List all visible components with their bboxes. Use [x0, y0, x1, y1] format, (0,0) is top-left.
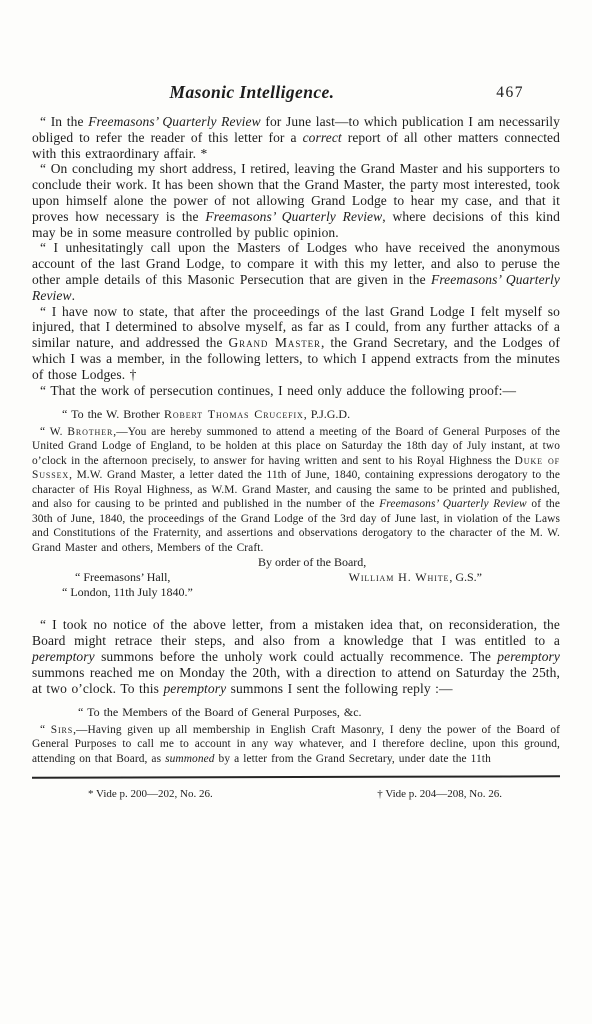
- summons-letter-body: “ W. Brother,—You are hereby summoned to…: [32, 425, 560, 556]
- by-order-line: By order of the Board,: [32, 555, 560, 570]
- page-header: Masonic Intelligence. 467: [32, 82, 560, 106]
- para-have-now-to-state: “ I have now to state, that after the pr…: [32, 304, 560, 383]
- reply-letter-heading: “ To the Members of the Board of General…: [32, 705, 560, 720]
- para-call-upon-masters: “ I unhesitatingly call upon the Masters…: [32, 240, 560, 303]
- para-work-of-persecution: “ That the work of persecution continues…: [32, 383, 560, 399]
- signature-row: “ Freemasons’ Hall, William H. White, G.…: [32, 570, 560, 585]
- footnote-divider: [32, 776, 560, 779]
- para-intro: “ In the Freemasons’ Quarterly Review fo…: [32, 114, 560, 161]
- para-no-notice: “ I took no notice of the above letter, …: [32, 617, 560, 696]
- signature-name: William H. White, G.S.”: [349, 570, 482, 585]
- page-number: 467: [496, 84, 524, 102]
- para-concluding-address: “ On concluding my short address, I reti…: [32, 161, 560, 240]
- document-page: Masonic Intelligence. 467 “ In the Freem…: [0, 0, 592, 1024]
- footnote-dagger: † Vide p. 204—208, No. 26.: [377, 787, 502, 801]
- running-title: Masonic Intelligence.: [0, 82, 516, 103]
- signature-block: By order of the Board, “ Freemasons’ Hal…: [32, 555, 560, 600]
- summons-letter-heading: “ To the W. Brother Robert Thomas Crucef…: [32, 407, 560, 422]
- footnote-asterisk: * Vide p. 200—202, No. 26.: [88, 787, 213, 801]
- page-body: “ In the Freemasons’ Quarterly Review fo…: [32, 114, 560, 801]
- footnotes: * Vide p. 200—202, No. 26. † Vide p. 204…: [32, 787, 560, 801]
- letter-date: “ London, 11th July 1840.”: [32, 585, 560, 600]
- letter-place: “ Freemasons’ Hall,: [75, 570, 170, 585]
- reply-letter-body: “ Sirs,—Having given up all membership i…: [32, 723, 560, 767]
